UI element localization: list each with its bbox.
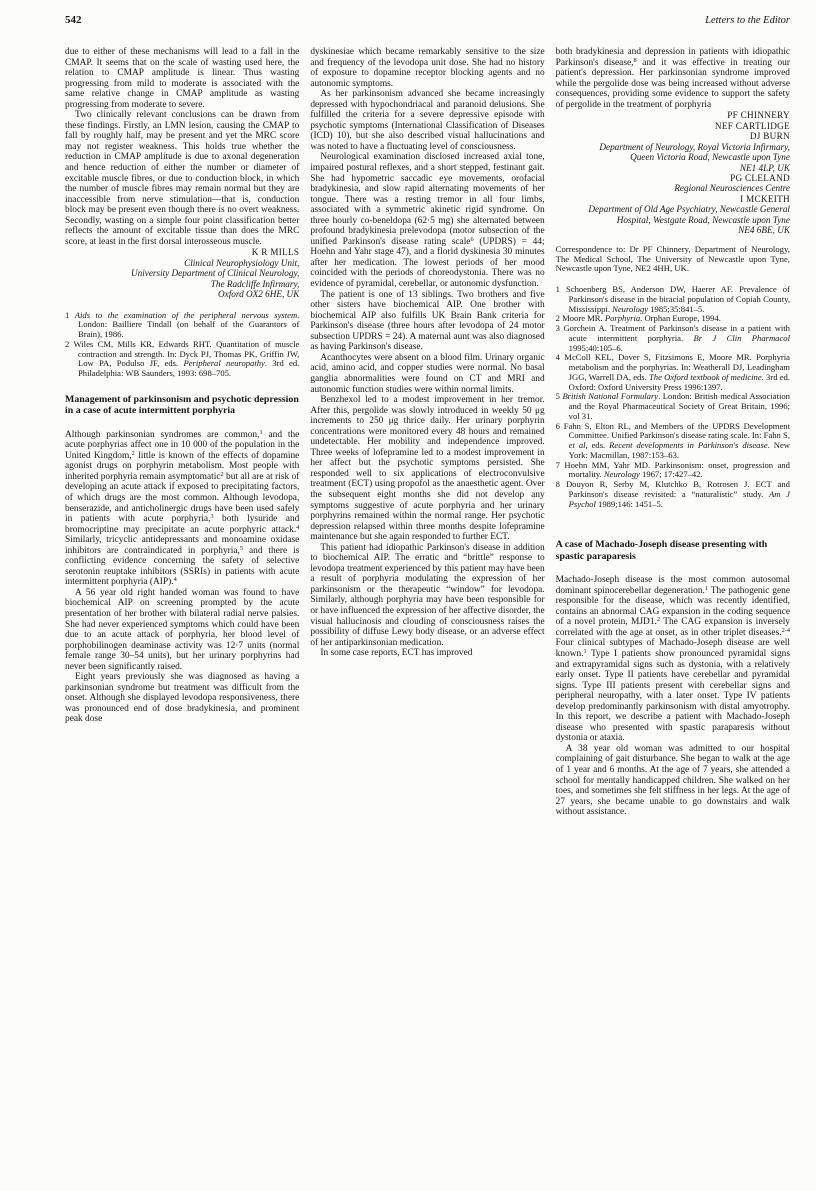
text-run: Although parkinsonian syndromes are comm… <box>65 430 259 440</box>
text-run: Neurology <box>612 304 648 314</box>
citation-superscript: 2-4 <box>782 627 790 634</box>
reference-item: 1 Schoenberg BS, Anderson DW, Haerer AF.… <box>556 285 790 314</box>
text-run: A 38 year old woman was admitted to our … <box>556 744 790 817</box>
author-name: DJ BURN <box>556 131 790 141</box>
reference-list: 1 Aids to the examination of the periphe… <box>65 311 299 379</box>
author-affiliation: NE1 4LP, UK <box>556 163 790 173</box>
author-affiliation: Regional Neurosciences Centre <box>556 183 790 193</box>
author-affiliation: Queen Victoria Road, Newcastle upon Tyne <box>556 152 790 162</box>
column-2: dyskinesiae which became remarkably sens… <box>310 47 544 818</box>
citation-superscript: 8 <box>633 57 636 64</box>
author-name: K R MILLS <box>65 247 299 257</box>
citation-superscript: 5 <box>240 545 243 552</box>
reference-number: 2 <box>65 339 74 349</box>
paragraph: due to either of these mechanisms will l… <box>65 47 299 110</box>
reference-item: 5 British National Formulary. London: Br… <box>556 392 790 421</box>
paragraph: Benzhexol led to a modest improvement in… <box>310 395 544 543</box>
author-affiliation: Department of Old Age Psychiatry, Newcas… <box>556 204 790 214</box>
reference-number: 6 <box>556 421 564 431</box>
reference-number: 8 <box>556 479 566 489</box>
journal-page: 542 Letters to the Editor due to either … <box>0 0 816 1191</box>
paragraph: In some case reports, ECT has improved <box>310 648 544 659</box>
paragraph: both bradykinesia and depression in pati… <box>556 47 790 110</box>
text-run: dyskinesiae which became remarkably sens… <box>310 47 544 89</box>
author-affiliation: NE4 6BE, UK <box>556 225 790 235</box>
text-run: Neurology <box>604 469 640 479</box>
correspondence-note: Correspondence to: Dr PF Chinnery, Depar… <box>556 245 790 274</box>
text-run: Eight years previously she was diagnosed… <box>65 672 299 724</box>
page-header: 542 Letters to the Editor <box>65 14 790 26</box>
signature-block: PF CHINNERYNEF CARTLIDGEDJ BURNDepartmen… <box>556 110 790 235</box>
author-affiliation: The Radcliffe Infirmary, <box>65 279 299 289</box>
paragraph: As her parkinsonism advanced she became … <box>310 89 544 152</box>
paragraph: A 38 year old woman was admitted to our … <box>556 744 790 818</box>
citation-superscript: 2 <box>657 616 660 623</box>
column-3: both bradykinesia and depression in pati… <box>556 47 790 818</box>
paragraph: A 56 year old right handed woman was fou… <box>65 588 299 672</box>
text-run: Two clinically relevant conclusions can … <box>65 110 299 247</box>
text-run: , eds. <box>586 440 610 450</box>
letter-title: A case of Machado-Joseph disease present… <box>556 539 790 562</box>
text-run: Aids to the examination of the periphera… <box>75 310 297 320</box>
text-run: Peripheral neuropathy <box>183 358 264 368</box>
author-affiliation: University Department of Clinical Neurol… <box>65 268 299 278</box>
reference-item: 7 Hoehn MM, Yahr MD. Parkinsonism: onset… <box>556 461 790 481</box>
reference-number: 1 <box>65 310 75 320</box>
author-affiliation: Hospital, Westgate Road, Newcastle upon … <box>556 215 790 225</box>
column-1: due to either of these mechanisms will l… <box>65 47 299 818</box>
author-name: NEF CARTLIDGE <box>556 121 790 131</box>
text-run: Acanthocytes were absent on a blood film… <box>310 353 544 395</box>
paragraph: Two clinically relevant conclusions can … <box>65 110 299 247</box>
running-head: Letters to the Editor <box>705 15 790 26</box>
citation-superscript: 2 <box>221 471 224 478</box>
citation-superscript: 1 <box>584 648 587 655</box>
page-number: 542 <box>65 14 82 26</box>
paragraph: Although parkinsonian syndromes are comm… <box>65 430 299 588</box>
citation-superscript: 6 <box>470 236 473 243</box>
author-affiliation: Department of Neurology, Royal Victoria … <box>556 142 790 152</box>
text-run: As her parkinsonism advanced she became … <box>310 89 544 152</box>
signature-block: K R MILLSClinical Neurophysiology Unit,U… <box>65 247 299 299</box>
letter-title: Management of parkinsonism and psychotic… <box>65 394 299 417</box>
text-run: 1985;35:841–5. <box>648 304 704 314</box>
text-run: 1989;146: 1451–5. <box>596 499 663 509</box>
text-run: Neurological examination disclosed incre… <box>310 152 544 246</box>
paragraph: The patient is one of 13 siblings. Two b… <box>310 290 544 353</box>
text-run: 1995;40:105–6. <box>569 343 623 353</box>
text-run: Moore MR. <box>562 313 605 323</box>
text-run: Type I patients show pronounced pyramida… <box>556 649 790 743</box>
citation-superscript: 3 <box>210 513 213 520</box>
reference-item: 8 Douyon R, Serby M, Klutchko B, Rotrose… <box>556 480 790 509</box>
text-run: Porphyria <box>605 313 640 323</box>
paragraph: Eight years previously she was diagnosed… <box>65 672 299 725</box>
text-run: British National Formulary <box>562 391 658 401</box>
citation-superscript: 4 <box>174 576 177 583</box>
text-run: The Oxford textbook of medicine <box>649 372 762 382</box>
text-run: Fahn S, Elton RL, and Members of the UPD… <box>564 421 790 441</box>
reference-item: 4 McColl KEL, Dover S, Fitzsimons E, Moo… <box>556 353 790 392</box>
reference-number: 4 <box>556 352 565 362</box>
text-run: A 56 year old right handed woman was fou… <box>65 588 299 672</box>
text-run: Recent developments in Parkinson's disea… <box>609 440 767 450</box>
author-affiliation: Clinical Neurophysiology Unit, <box>65 258 299 268</box>
paragraph: Neurological examination disclosed incre… <box>310 152 544 289</box>
author-name: I MCKEITH <box>556 194 790 204</box>
text-columns: due to either of these mechanisms will l… <box>65 47 790 818</box>
text-run: . Orphan Europe, 1994. <box>640 313 721 323</box>
text-run: et al <box>569 440 586 450</box>
citation-superscript: 2 <box>132 450 135 457</box>
paragraph: Machado-Joseph disease is the most commo… <box>556 575 790 744</box>
text-run: Br J Clin Pharmacol <box>694 333 790 343</box>
citation-superscript: 1 <box>705 585 708 592</box>
reference-item: 1 Aids to the examination of the periphe… <box>65 311 299 340</box>
author-name: PF CHINNERY <box>556 110 790 120</box>
author-name: PG CLELAND <box>556 173 790 183</box>
paragraph: Acanthocytes were absent on a blood film… <box>310 353 544 395</box>
text-run: Benzhexol led to a modest improvement in… <box>310 395 544 542</box>
text-run: This patient had idiopathic Parkinson's … <box>310 543 544 648</box>
reference-number: 1 <box>556 284 566 294</box>
author-affiliation: Oxford OX2 6HE, UK <box>65 289 299 299</box>
text-run: In some case reports, ECT has improved <box>320 648 472 658</box>
citation-superscript: 4 <box>296 524 299 531</box>
text-run: The patient is one of 13 siblings. Two b… <box>310 290 544 353</box>
text-run: 1967; 17:427–42. <box>640 469 703 479</box>
paragraph: dyskinesiae which became remarkably sens… <box>310 47 544 89</box>
reference-item: 6 Fahn S, Elton RL, and Members of the U… <box>556 422 790 461</box>
reference-item: 3 Gorchein A. Treatment of Parkinson's d… <box>556 324 790 353</box>
citation-superscript: 1 <box>259 429 262 436</box>
text-run: Douyon R, Serby M, Klutchko B, Rotrosen … <box>566 479 790 499</box>
paragraph: This patient had idiopathic Parkinson's … <box>310 543 544 648</box>
text-run: due to either of these mechanisms will l… <box>65 47 299 110</box>
reference-list: 1 Schoenberg BS, Anderson DW, Haerer AF.… <box>556 285 790 509</box>
reference-item: 2 Wiles CM, Mills KR, Edwards RHT. Quant… <box>65 340 299 379</box>
